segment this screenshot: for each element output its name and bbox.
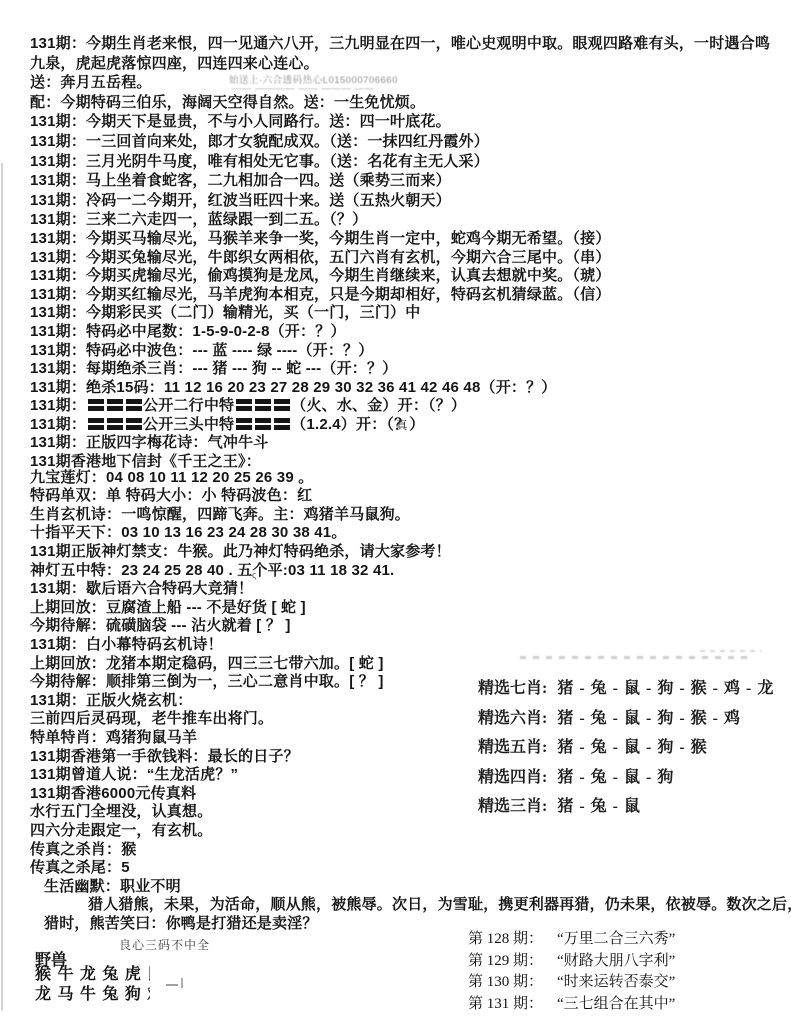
trigram-bars-icon	[255, 418, 271, 430]
text-line: 神灯五中特：23 24 25 28 40 . 五个平:03 11 18 32 4…	[30, 562, 790, 581]
text-line: 131期：正版四字梅花诗：气冲牛斗	[30, 434, 790, 453]
trigram-bars-icon	[107, 399, 123, 411]
text-line: 生肖玄机诗：一鸣惊醒，四蹄飞奔。主：鸡猪羊马鼠狗。	[30, 506, 790, 525]
text-line: 今期待解：硫磺脑袋 --- 沾火就着 [ ？ ]	[30, 617, 790, 636]
text-line: 131期：今期生肖老来恨，四一见通六八开，三九明显在四一，唯心史观明中取。眼观四…	[30, 34, 790, 54]
text-line: 猎人猎熊，未果，为活命，顺从熊，被熊辱。次日，为雪耻，携更利器再猎，仍未果，依被…	[88, 896, 790, 915]
text-line: 131期：冷码一二今期开，红波当旺四十来。送（五热火朝天）	[30, 191, 790, 211]
selection-value: 猪 - 兔 - 鼠 - 狗 - 猴	[557, 739, 707, 756]
text-line: 十指平天下：03 10 13 16 23 24 28 30 38 41。	[30, 524, 790, 543]
text-line: 131期：今期买虎输尽光，偷鸡摸狗是龙凤，今期生肖继续来，认真去想就中奖。（琥）	[30, 267, 790, 286]
zodiac-selections-list: 精选七肖:猪 - 兔 - 鼠 - 狗 - 猴 - 鸡 - 龙精选六肖:猪 - 兔…	[478, 674, 774, 822]
issue-label: 第 129 期：	[468, 953, 543, 969]
issue-phrase: “时来运转否泰交”	[557, 974, 675, 990]
text-line: 131期正版神灯禁支：牛猴。此乃神灯特码绝杀，请大家参考！	[30, 543, 790, 562]
text-line: 131期：绝杀15码：11 12 16 20 23 27 28 29 30 32…	[30, 379, 790, 398]
scan-edge-line	[1, 163, 3, 1011]
text-line: 九泉，虎起虎落惊四座，四连四来心连心。	[30, 54, 790, 74]
past-issues-list: 第 128 期：“万里二合三六秀”第 129 期：“财路大朋八字利”第 130 …	[468, 929, 675, 1015]
selection-row: 精选六肖:猪 - 兔 - 鼠 - 狗 - 猴 - 鸡	[478, 704, 774, 734]
text-line: 131期：马上坐着食蛇客，二九相加合一四。送（乘势三而来）	[30, 171, 790, 191]
trigram-bars-icon	[236, 418, 252, 430]
text-line: 131期：今期彩民买（二门）输精光，买（一门，三门）中	[30, 304, 790, 323]
selection-row: 精选五肖:猪 - 兔 - 鼠 - 狗 - 猴	[478, 733, 774, 763]
text-line: 131期：今期天下是显贵，不与小人同路行。送：四一叶底花。	[30, 112, 790, 132]
text-line: 传真之杀肖：猴	[30, 841, 790, 860]
scan-stray-mark	[166, 984, 178, 986]
trigram-bars-icon	[88, 399, 104, 411]
selection-value: 猪 - 兔 - 鼠 - 狗 - 猴 - 鸡 - 龙	[557, 680, 774, 697]
text-line: 131期：今期买红输尽光，马羊虎狗本相克，只是今期却相好，特码玄机猜绿蓝。（信）	[30, 286, 790, 305]
selection-row: 精选四肖:猪 - 兔 - 鼠 - 狗	[478, 763, 774, 793]
text-line: 四六分走跟定一，有玄机。	[30, 822, 790, 841]
trigram-bars-icon	[255, 399, 271, 411]
selection-label: 精选六肖:	[478, 710, 547, 727]
issue-phrase: “财路大朋八字利”	[557, 953, 675, 969]
text-line: 131期：白小幕特码玄机诗！	[30, 636, 790, 655]
text-line: 特码单双：单 特码大小：小 特码波色：红	[30, 487, 790, 506]
trigram-bars-icon	[126, 418, 142, 430]
scan-smudge-line	[520, 656, 752, 659]
selection-row: 精选七肖:猪 - 兔 - 鼠 - 狗 - 猴 - 鸡 - 龙	[478, 674, 774, 704]
selection-label: 精选五肖:	[478, 739, 547, 756]
text-line: 生活幽默：职业不明	[44, 878, 790, 897]
main-block-a: 131期：今期生肖老来恨，四一见通六八开，三九明显在四一，唯心史观明中取。眼观四…	[30, 34, 790, 230]
scan-whiteout-smudge	[150, 960, 230, 1008]
main-block-b: 131期：今期买马输尽光，马猴羊来争一奖，今期生肖一定中，蛇鸡今期无希望。（接）…	[30, 230, 790, 472]
text-line: 131期：三来二六走四一，蓝绿跟一到二五。（？）	[30, 210, 790, 230]
trigram-bars-icon	[274, 418, 290, 430]
issue-phrase: “万里二合三六秀”	[557, 931, 675, 947]
selection-label: 精选四肖:	[478, 769, 547, 786]
text-line: 猎时，熊苦笑曰：你鸭是打猎还是卖淫？	[44, 915, 790, 934]
text-line: 131期：三月光阴牛马度，唯有相处无它事。（送：名花有主无人采）	[30, 152, 790, 172]
trigram-bars-icon	[274, 399, 290, 411]
selection-label: 精选七肖:	[478, 680, 547, 697]
text-line: 131期：每期绝杀三肖：--- 猪 --- 狗 -- 蛇 ---（开：？）	[30, 360, 790, 379]
issue-label: 第 130 期：	[468, 974, 543, 990]
selection-value: 猪 - 兔 - 鼠	[557, 798, 641, 815]
text-line: 131期：一三回首向来处，郎才女貌配成双。（送：一抹四红丹霞外）	[30, 132, 790, 152]
issue-row: 第 131 期：“三七组合在其中”	[468, 994, 675, 1016]
trigram-bars-icon	[126, 399, 142, 411]
issue-label: 第 131 期：	[468, 996, 543, 1012]
text-line: 131期：歇后语六合特码大竞猜！	[30, 580, 790, 599]
handwritten-zhen-mark: 真	[396, 417, 408, 433]
animal-row: 龙 马 牛 兔 狗 鸡	[35, 985, 163, 1005]
text-line: 131期：特码必中波色：--- 蓝 ---- 绿 ----（开：？）	[30, 342, 790, 361]
bottom-left-note: 良心三码不中全	[119, 936, 210, 953]
animal-rows: 猴 牛 龙 兔 虎 鼠龙 马 牛 兔 狗 鸡	[35, 965, 163, 1004]
text-line: 送：奔月五岳程。	[30, 73, 790, 93]
text-line: 131期：今期买马输尽光，马猴羊来争一奖，今期生肖一定中，蛇鸡今期无希望。（接）	[30, 230, 790, 249]
trigram-bars-icon	[88, 418, 104, 430]
text-line: 九宝莲灯：04 08 10 11 12 20 25 26 39 。	[30, 469, 790, 488]
animal-row: 猴 牛 龙 兔 虎 鼠	[35, 965, 163, 985]
trigram-bars-icon	[107, 418, 123, 430]
selection-row: 精选三肖:猪 - 兔 - 鼠	[478, 792, 774, 822]
tiny-scribble-mark: ς	[252, 570, 256, 580]
issue-row: 第 129 期：“财路大朋八字利”	[468, 951, 675, 973]
text-line: 131期：公开三头中特（1.2.4）开：（？）	[30, 416, 790, 435]
selection-value: 猪 - 兔 - 鼠 - 狗 - 猴 - 鸡	[557, 710, 741, 727]
faint-watermark-line: —— ———— —— ——— ——	[232, 83, 375, 94]
selection-label: 精选三肖:	[478, 798, 547, 815]
scan-smudge-line	[700, 650, 762, 652]
issue-row: 第 130 期：“时来运转否泰交”	[468, 972, 675, 994]
trigram-bars-icon	[236, 399, 252, 411]
scanned-lottery-tips-page: { "main_lines": [ "131期：今期生肖老来恨，四一见通六八开，…	[0, 0, 791, 1024]
scan-stray-mark	[181, 978, 183, 988]
text-line: 131期：今期买兔输尽光，牛郎织女两相依，五门六肖有玄机，今期六合三尾中。（串）	[30, 249, 790, 268]
text-line: 传真之杀尾：5	[30, 859, 790, 878]
issue-row: 第 128 期：“万里二合三六秀”	[468, 929, 675, 951]
text-line: 131期：特码必中尾数：1-5-9-0-2-8（开：？）	[30, 323, 790, 342]
text-line: 配：今期特码三伯乐，海阔天空得自然。送：一生免忧烦。	[30, 93, 790, 113]
issue-label: 第 128 期：	[468, 931, 543, 947]
selection-value: 猪 - 兔 - 鼠 - 狗	[557, 769, 674, 786]
text-line: 131期：公开二行中特（火、水、金）开：（？）	[30, 397, 790, 416]
issue-phrase: “三七组合在其中”	[557, 996, 675, 1012]
text-line: 上期回放：豆腐渣上船 --- 不是好货 [ 蛇 ]	[30, 599, 790, 618]
